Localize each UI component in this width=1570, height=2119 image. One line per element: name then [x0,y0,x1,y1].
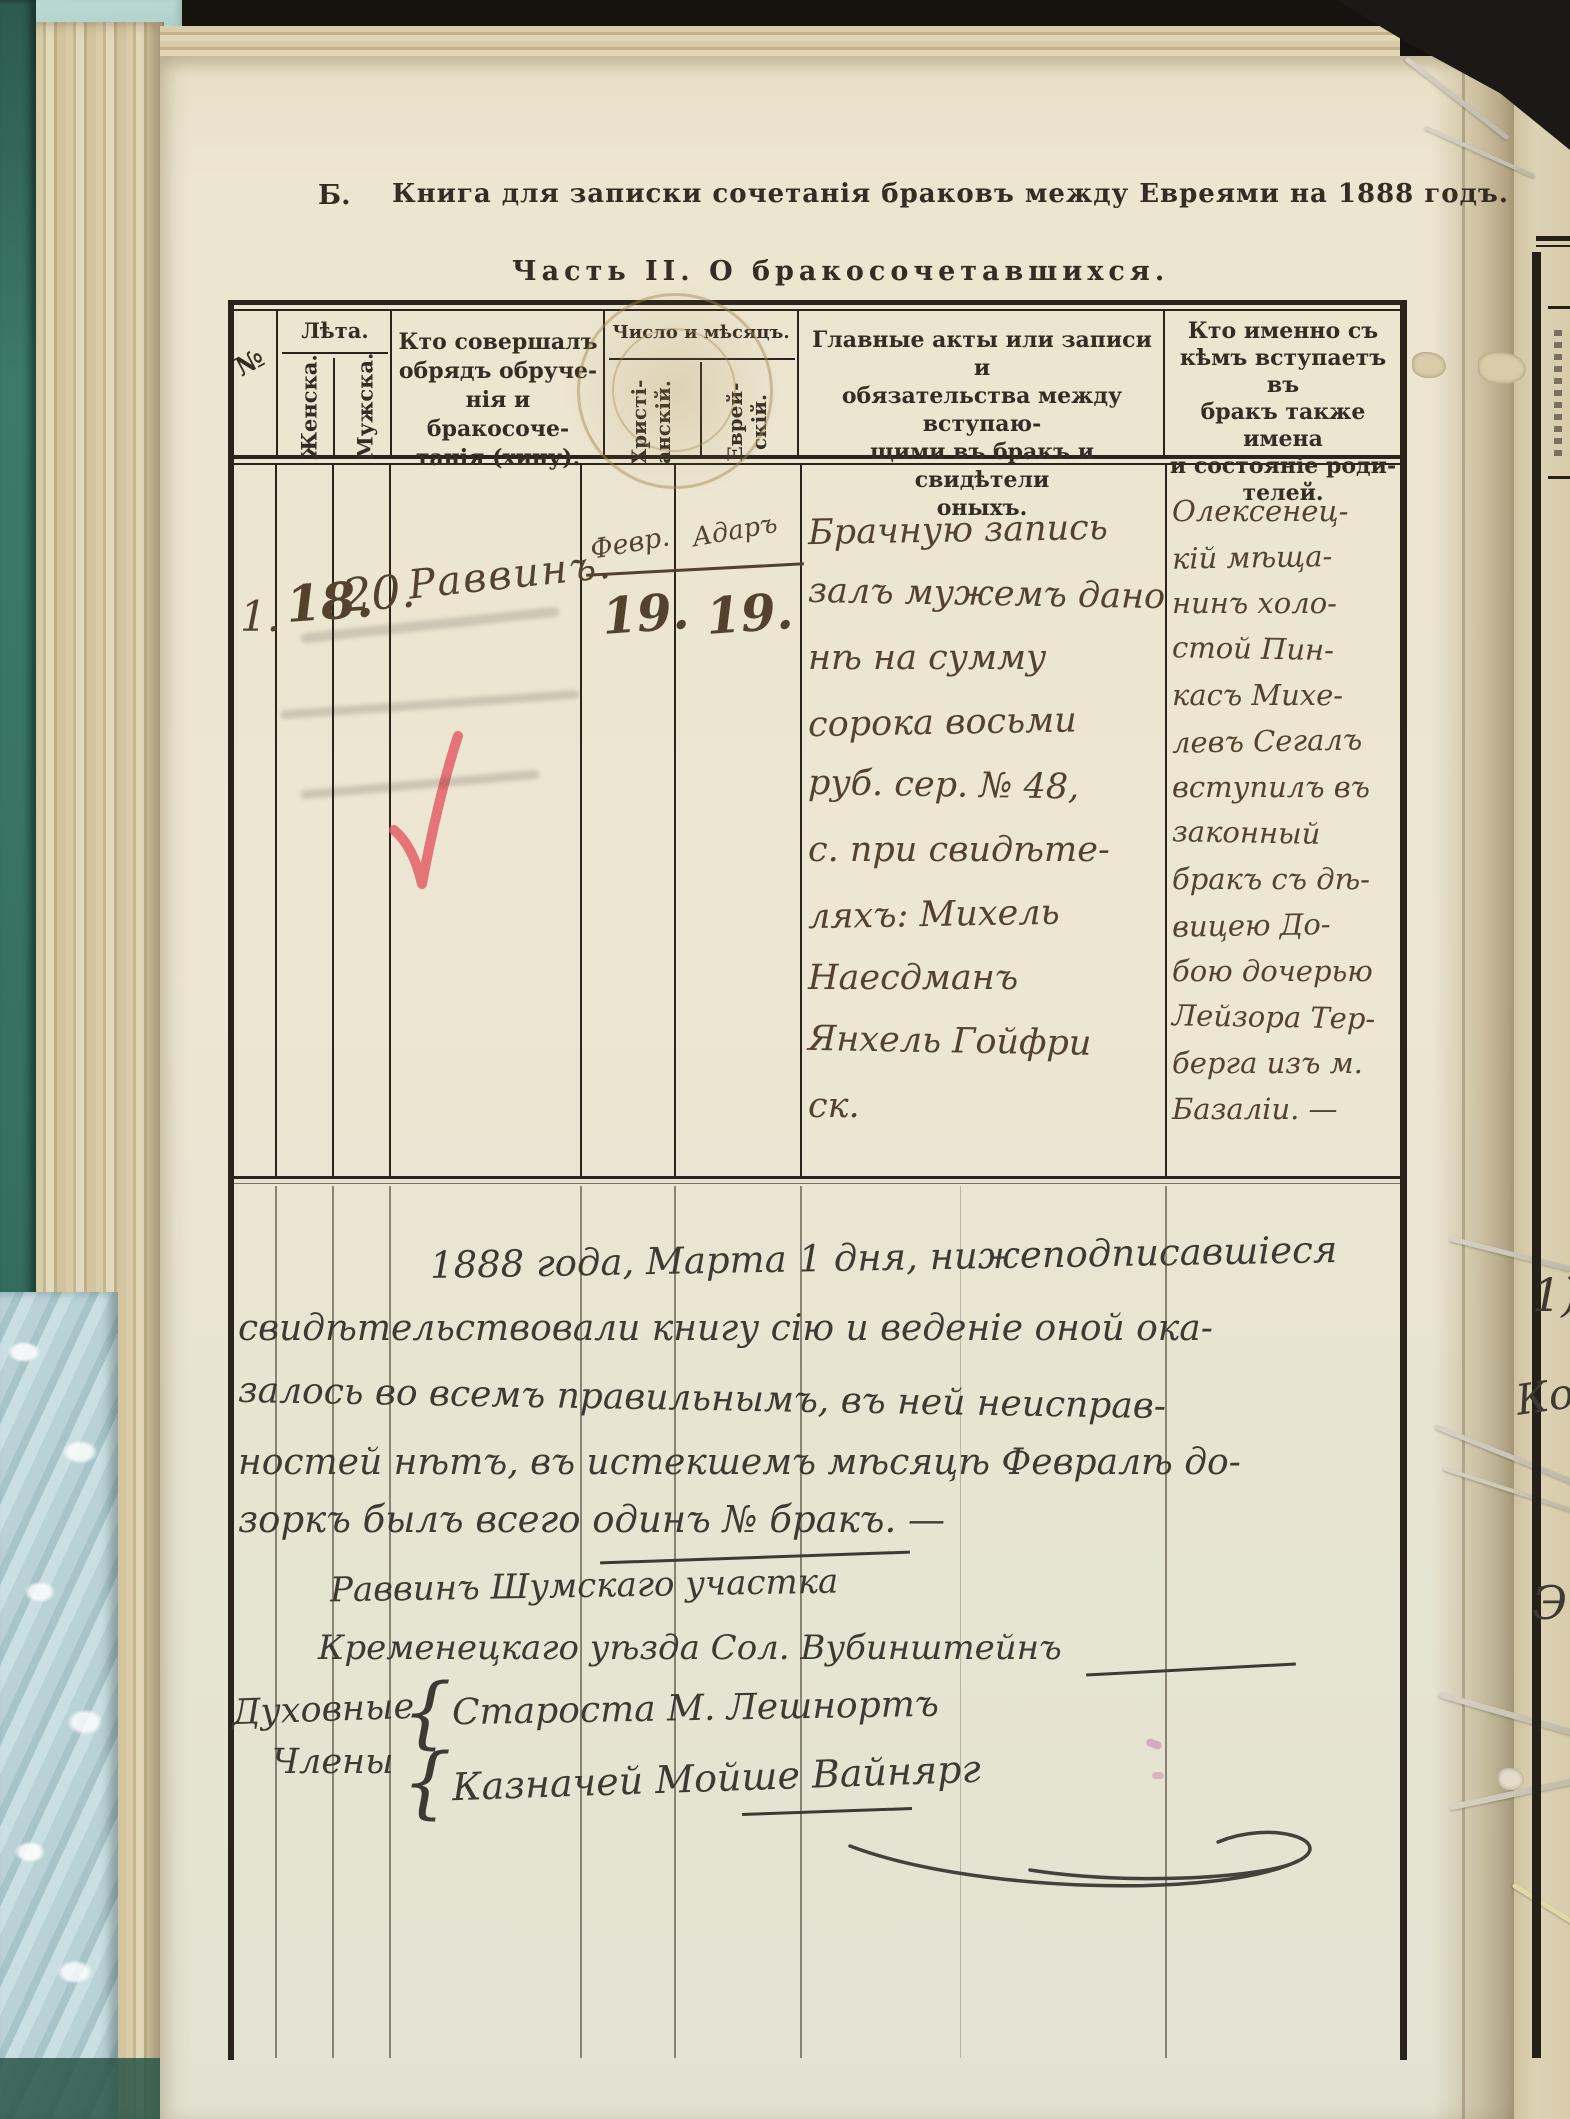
table-border-left [228,300,234,2060]
col-header-parties: Кто именно съ кѣмъ вступаетъ въ бракъ та… [1168,318,1398,507]
page-title: Книга для записки сочетанія браковъ межд… [392,179,1509,209]
section-separator [228,1176,1406,1179]
groom-age: 20. [340,564,417,623]
paper-scrap [1412,352,1446,378]
acts-handwriting: Брачную запись залъ мужемъ дано нѣ на су… [808,498,1165,1138]
facing-page-rule [1548,476,1570,479]
col-line [275,465,277,1177]
col-line [797,310,799,456]
pink-bleed-mark [1152,1772,1164,1779]
facing-page-rule [1536,245,1570,247]
gutter-fragment: Ко [1513,1368,1570,1425]
col-line [800,465,802,1177]
part-title: Часть II. О бракосочетавшихся. [512,256,1169,287]
signature-flourish [840,1812,1360,1922]
col-header-age-male: Мужска. [353,350,378,460]
red-checkmark [386,728,470,910]
col-header-age-female: Женска. [297,350,322,460]
christian-day: 19. [600,581,691,646]
marbled-cover-corner [0,1292,118,2119]
record-number: 1. [240,592,280,641]
col-line [1163,310,1165,456]
page-crease [1462,56,1465,2119]
certification-line: ностей нѣтъ, въ истекшемъ мѣсяцѣ Февралѣ… [238,1442,1241,1483]
facing-page-rule [1536,236,1570,241]
archive-stamp-inner-ring [612,328,736,452]
facing-page-rule [1548,306,1570,309]
col-line [333,358,335,456]
officials-label-1: Духовные [231,1687,415,1733]
col-line [390,310,392,456]
facing-page-border [1532,252,1541,2058]
officials-label-2: Члены [272,1742,394,1782]
table-border-top [228,300,1406,305]
rabbi-signature-line2: Кременецкаго уѣзда Сол. Вубинштейнъ [318,1628,1062,1668]
section-separator-inner [228,1183,1406,1184]
certification-line: свидѣтельствовали книгу сію и веденіе он… [238,1308,1213,1349]
elder-signature: Староста М. Лешнортъ [452,1684,939,1733]
col-line [276,310,278,456]
facing-page-text-sliver [1554,330,1562,460]
col-header-acts: Главные акты или записи и обязательства … [804,326,1160,522]
signature-brace: { [402,1738,452,1828]
col-header-age: Лѣта. [282,318,388,343]
parties-handwriting: Олексенец- кій мѣща- нинъ холо- стой Пин… [1172,488,1375,1132]
scan-background-top [0,0,1570,26]
hebrew-day: 19. [704,581,795,646]
cover-bottom-edge [0,2058,164,2119]
certification-line: зоркъ былъ всего одинъ № бракъ. — [238,1498,945,1541]
paper-scrap [1478,352,1526,384]
gutter-fragment: Э [1532,1576,1567,1630]
gutter-fragment: 1) [1532,1268,1570,1322]
scanned-register-page: Б. Книга для записки сочетанія браковъ м… [0,0,1570,2119]
index-letter: Б. [318,180,350,211]
table-border-top-inner [228,309,1406,311]
thread-knot [1498,1768,1524,1790]
table-border-right [1400,300,1407,2060]
